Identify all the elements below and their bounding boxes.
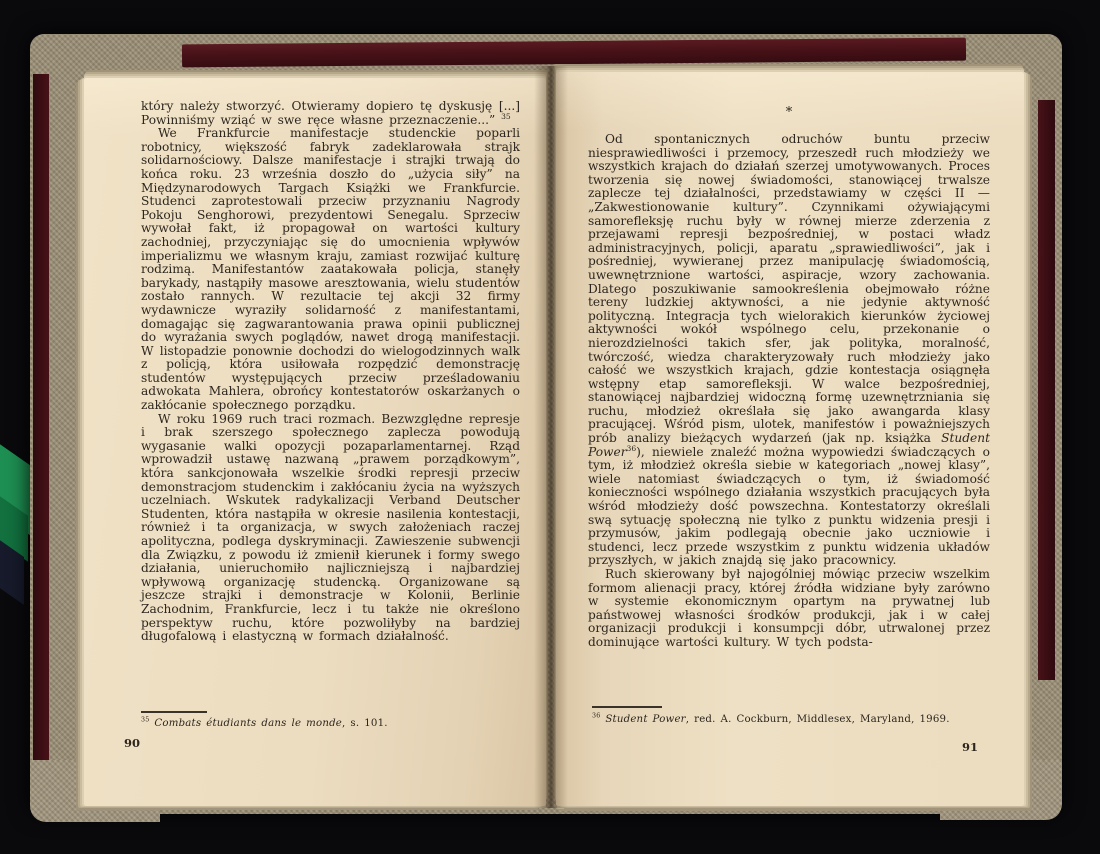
paragraph: We Frankfurcie manifestacje studenckie p… xyxy=(141,127,520,412)
paragraph: który należy stworzyć. Otwieramy dopiero… xyxy=(141,100,520,127)
text-segment: Combats étudiants dans le monde xyxy=(149,718,342,729)
paragraph: Ruch skierowany był najogólniej mówiąc p… xyxy=(588,568,990,650)
right-page-text: Od spontanicznych odruchów buntu przeciw… xyxy=(588,133,990,650)
section-separator-asterisk: * xyxy=(588,106,990,119)
text-segment: , s. 101. xyxy=(342,718,388,729)
book-photo: { "scene": { "background_color": "#0a0a0… xyxy=(0,0,1100,854)
page-number-left: 90 xyxy=(124,736,140,750)
footnote-reference: 35 xyxy=(501,112,511,121)
left-page-text: który należy stworzyć. Otwieramy dopiero… xyxy=(141,100,520,644)
book-cover-leather-right xyxy=(1038,100,1055,680)
text-segment: Student Power xyxy=(600,714,685,725)
text-segment: który należy stworzyć. Otwieramy dopiero… xyxy=(141,99,520,127)
page-number-right: 91 xyxy=(588,740,978,754)
book-gutter-shadow xyxy=(534,66,568,808)
paragraph: Od spontanicznych odruchów buntu przeciw… xyxy=(588,133,990,568)
left-page-footnote: 35 Combats étudiants dans le monde, s. 1… xyxy=(141,718,520,730)
text-segment: ), niewiele znaleźć można wypowiedzi świ… xyxy=(588,445,990,568)
text-segment: W roku 1969 ruch traci rozmach. Bezwzglę… xyxy=(141,412,520,644)
book-cover-leather-left xyxy=(33,74,49,764)
footnote-rule-right xyxy=(592,706,662,708)
paragraph: W roku 1969 ruch traci rozmach. Bezwzglę… xyxy=(141,413,520,644)
text-segment: We Frankfurcie manifestacje studenckie p… xyxy=(141,126,520,412)
text-segment: Ruch skierowany był najogólniej mówiąc p… xyxy=(588,567,990,649)
text-segment: , red. A. Cockburn, Middlesex, Maryland,… xyxy=(686,714,950,725)
footnote-rule-left xyxy=(141,711,207,713)
footnote-reference: 36 xyxy=(627,444,637,453)
right-page-footnote: 36 Student Power, red. A. Cockburn, Midd… xyxy=(592,714,994,726)
text-segment: Od spontanicznych odruchów buntu przeciw… xyxy=(588,132,990,445)
